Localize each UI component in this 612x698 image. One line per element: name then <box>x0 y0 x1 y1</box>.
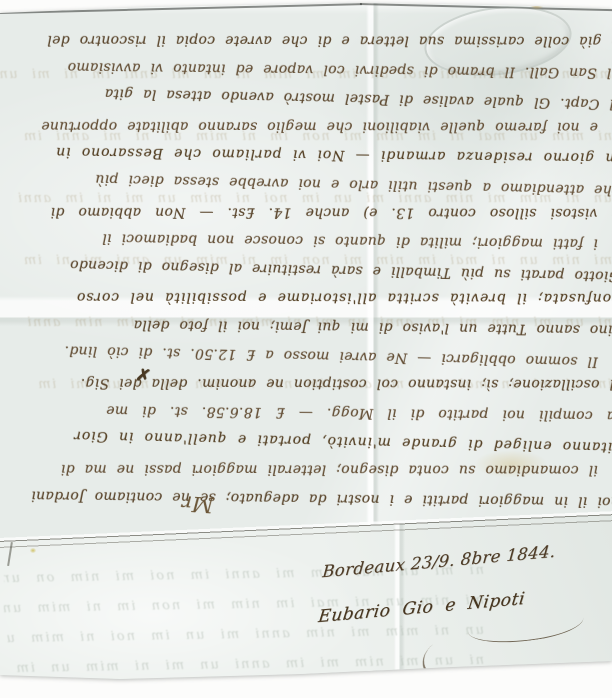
letter-body: e già colle carissima sua lettera e di c… <box>0 26 612 512</box>
handwriting-line: e noi faremo quelle viabilioni che megli… <box>0 111 612 141</box>
handwriting-line: Il oscillazione; sì; instanno col costip… <box>0 369 612 399</box>
paper-speck <box>30 548 36 553</box>
handwriting-line: e già colle carissima sua lettera e di c… <box>0 25 612 55</box>
pen-flourish: Mr <box>181 491 214 517</box>
flap-showthrough: ni mi un mai nim mi anni im noi mi nim o… <box>4 560 484 680</box>
handwriting-line: a vistosi silloso contro 13. e) anche 14… <box>0 197 612 227</box>
ink-stain <box>530 0 544 10</box>
handwriting-line: il comandiamo su conta disegno; letteral… <box>0 454 612 484</box>
paper-top-edge <box>0 3 362 14</box>
letter-paper: mi un nim anni mi noi un im mi nim ni un… <box>0 0 612 698</box>
handwriting-line: confusata; il brevità scritta all'istori… <box>0 283 612 313</box>
scanned-letter: mi un nim anni mi noi un im mi nim ni un… <box>0 0 612 698</box>
